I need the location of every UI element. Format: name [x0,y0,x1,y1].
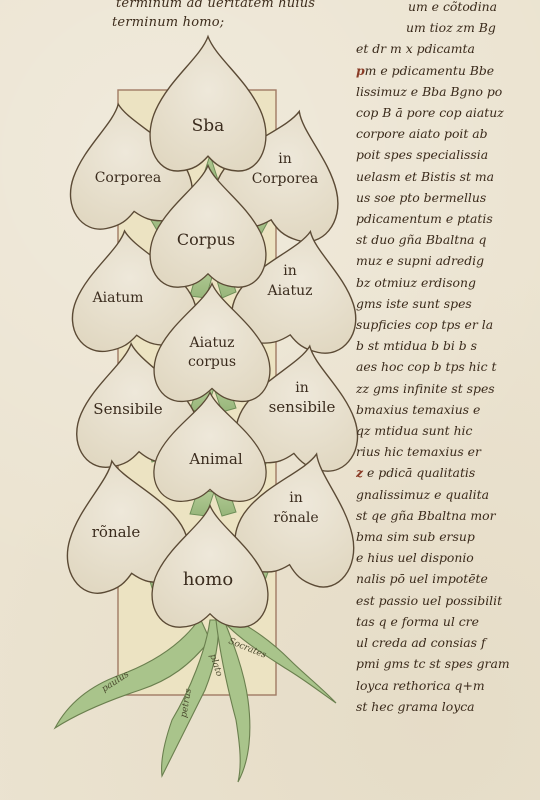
gloss-line: supficies cop tps er la [356,314,540,335]
gloss-line: st qe gña Bbaltna mor [356,505,540,526]
label-corpus: Corpus [177,230,235,249]
gloss-line: um e cõtodina [356,0,540,17]
gloss-line: zz gms infinite st spes [356,378,540,399]
gloss-line: z e pdicā qualitatis [356,462,540,483]
gloss-line: cop B ā pore cop aiatuz [356,102,540,123]
gloss-line: loyca rethorica q+m [356,675,540,696]
label-incorporea-2: Corporea [252,171,319,187]
gloss-line: um tioz zm Bg [356,17,540,38]
gloss-line: corpore aiato poit ab [356,123,540,144]
label-animatum-corpus-1: Aiatuz [189,335,235,351]
leaf-substantia [150,37,266,171]
gloss-line: pmi gms tc st spes gram [356,653,540,674]
gloss-line: pm e pdicamentu Bbe [356,60,540,81]
label-animatum: Aiatum [92,290,144,306]
label-inanimatum-2: Aiatuz [267,283,313,299]
label-insensibile-2: sensibile [269,398,336,416]
gloss-line: qz mtidua sunt hic [356,420,540,441]
label-sensibile: Sensibile [93,400,163,418]
gloss-line: bz otmiuz erdisong [356,272,540,293]
gloss-line: aes hoc cop b tps hic t [356,356,540,377]
gloss-line: ul creda ad consias f [356,632,540,653]
gloss-line: muz e supni adredig [356,250,540,271]
gloss-line: lissimuz e Bba Bgno po [356,81,540,102]
label-corporea: Corporea [95,170,162,186]
gloss-line: gms iste sunt spes [356,293,540,314]
label-substantia: Sba [192,116,225,136]
gloss-line: st duo gña Bbaltna q [356,229,540,250]
gloss-line: et dr m x pdicamta [356,38,540,59]
gloss-line: gnalissimuz e qualita [356,484,540,505]
gloss-line: bmaxius temaxius e [356,399,540,420]
gloss-line: e hius uel disponio [356,547,540,568]
label-inanimatum-1: in [283,263,297,279]
gloss-line: nalis pō uel impotēte [356,568,540,589]
gloss-line: st hec grama loyca [356,696,540,717]
gloss-line: est passio uel possibilit [356,590,540,611]
label-irrationale-2: rõnale [273,510,318,526]
manuscript-page: terminum ad ueritatem huius terminum hom… [0,0,540,800]
gloss-line: rius hic temaxius er [356,441,540,462]
gloss-line: us soe pto bermellus [356,187,540,208]
gloss-column: um e cõtodina um tioz zm Bg et dr m x pd… [356,0,540,717]
label-rationale: rõnale [92,523,141,541]
label-homo: homo [183,569,233,590]
label-animal: Animal [188,450,242,468]
gloss-line: bma sim sub ersup [356,526,540,547]
gloss-line: b st mtidua b bi b s [356,335,540,356]
tree-roots [55,615,336,782]
gloss-line: poit spes specialissia [356,144,540,165]
label-insensibile-1: in [295,380,309,396]
label-irrationale-1: in [289,490,303,506]
gloss-line: uelasm et Bistis st ma [356,166,540,187]
label-animatum-corpus-2: corpus [188,354,236,370]
label-incorporea-1: in [278,151,292,167]
gloss-line: pdicamentum e ptatis [356,208,540,229]
gloss-line: tas q e forma ul cre [356,611,540,632]
